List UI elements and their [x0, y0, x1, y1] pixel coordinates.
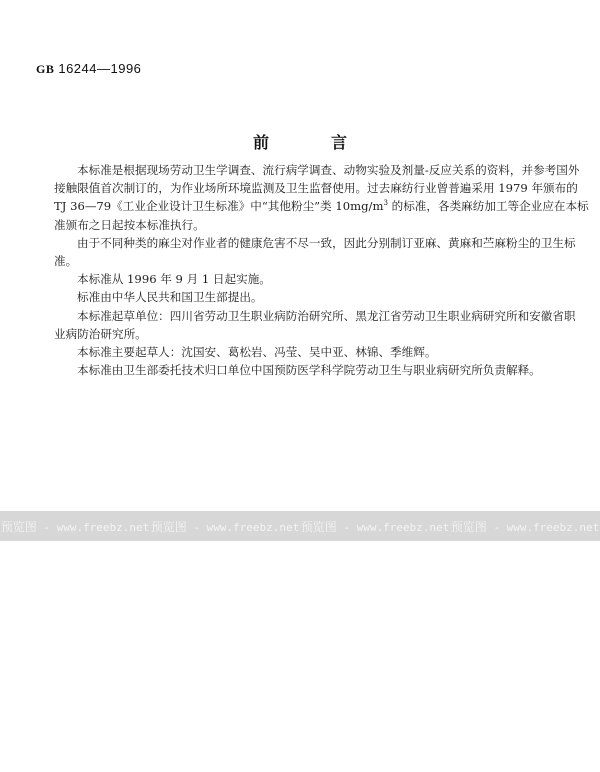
- paragraph-proposer: 标准由中华人民共和国卫生部提出。: [54, 288, 572, 306]
- standard-prefix: GB: [36, 62, 54, 76]
- watermark-text: 预览图 - www.freebz.net: [451, 518, 600, 535]
- title-char-1: 前: [253, 130, 269, 153]
- text-line: 本标准由卫生部委托技术归口单位中国预防医学科学院劳动卫生与职业病研究所负责解释。: [54, 361, 572, 379]
- title-char-2: 言: [331, 130, 347, 153]
- text-line: 准。: [54, 252, 572, 270]
- text-line: 本标准从 1996 年 9 月 1 日起实施。: [54, 270, 572, 288]
- standard-code: 16244—1996: [58, 61, 141, 76]
- text-line: 本标准是根据现场劳动卫生学调查、流行病学调查、动物实验及剂量-反应关系的资料，并…: [54, 161, 572, 179]
- text-line: 标准由中华人民共和国卫生部提出。: [54, 288, 572, 306]
- standard-number: GB16244—1996: [36, 61, 141, 77]
- paragraph-drafting-units: 本标准起草单位：四川省劳动卫生职业病防治研究所、黑龙江省劳动卫生职业病研究所和安…: [54, 307, 572, 343]
- watermark-text: 预览图 - www.freebz.net: [301, 518, 450, 535]
- text-line: 本标准主要起草人：沈国安、葛松岩、冯莹、吴中亚、林锦、季维辉。: [54, 343, 572, 361]
- paragraph-basis: 本标准是根据现场劳动卫生学调查、流行病学调查、动物实验及剂量-反应关系的资料，并…: [54, 161, 572, 234]
- text-line: 本标准起草单位：四川省劳动卫生职业病防治研究所、黑龙江省劳动卫生职业病研究所和安…: [54, 307, 572, 325]
- watermark-text: 预览图 - www.freebz.net: [1, 518, 150, 535]
- text-line: 业病防治研究所。: [54, 325, 572, 343]
- text-line: TJ 36—79《工业企业设计卫生标准》中“其他粉尘”类 10mg/m3 的标准…: [54, 197, 572, 215]
- text-line: 接触限值首次制订的，为作业场所环境监测及卫生监督使用。过去麻纺行业曾普遍采用 1…: [54, 179, 572, 197]
- paragraph-effective-date: 本标准从 1996 年 9 月 1 日起实施。: [54, 270, 572, 288]
- page-title: 前言: [0, 130, 600, 153]
- paragraph-interpretation: 本标准由卫生部委托技术归口单位中国预防医学科学院劳动卫生与职业病研究所负责解释。: [54, 361, 572, 379]
- watermark-band: 预览图 - www.freebz.net 预览图 - www.freebz.ne…: [0, 511, 600, 541]
- paragraph-dust-types: 由于不同种类的麻尘对作业者的健康危害不尽一致，因此分别制订亚麻、黄麻和苎麻粉尘的…: [54, 234, 572, 270]
- foreword-body: 本标准是根据现场劳动卫生学调查、流行病学调查、动物实验及剂量-反应关系的资料，并…: [54, 161, 572, 379]
- text-line: 由于不同种类的麻尘对作业者的健康危害不尽一致，因此分别制订亚麻、黄麻和苎麻粉尘的…: [54, 234, 572, 252]
- paragraph-drafters: 本标准主要起草人：沈国安、葛松岩、冯莹、吴中亚、林锦、季维辉。: [54, 343, 572, 361]
- text-line: 准颁布之日起按本标准执行。: [54, 216, 572, 234]
- watermark-text: 预览图 - www.freebz.net: [151, 518, 300, 535]
